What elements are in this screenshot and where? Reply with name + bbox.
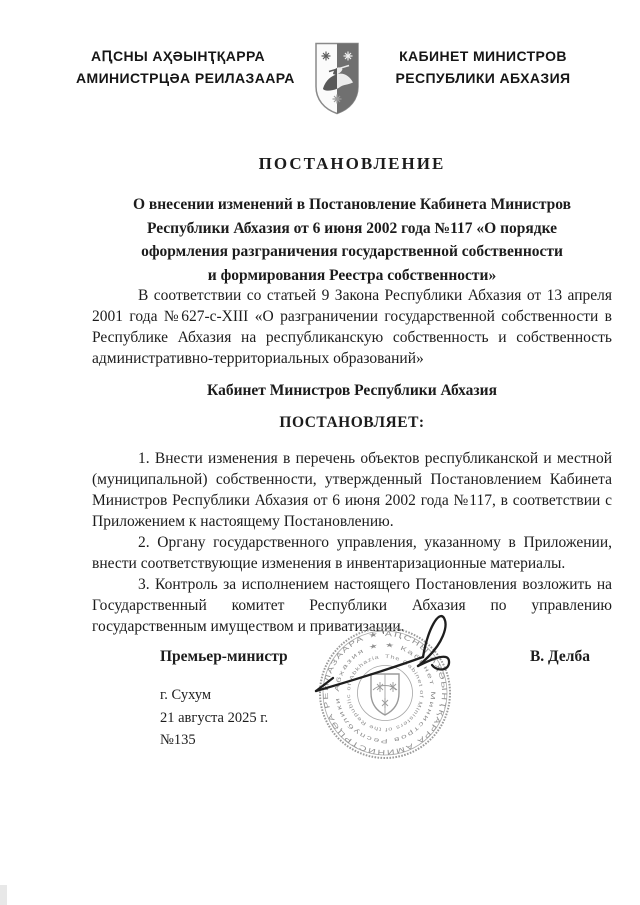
letterhead-russian: КАБИНЕТ МИНИСТРОВ РЕСПУБЛИКИ АБХАЗИЯ — [388, 45, 578, 89]
resolve-keyword: ПОСТАНОВЛЯЕТ: — [92, 412, 612, 433]
subject-line: О внесении изменений в Постановление Каб… — [92, 193, 612, 217]
subject-line: Республики Абхазия от 6 июня 2002 года №… — [92, 217, 612, 241]
document-body: ПОСТАНОВЛЕНИЕ О внесении изменений в Пос… — [92, 153, 612, 637]
preamble-paragraph: В соответствии со статьей 9 Закона Респу… — [92, 285, 612, 369]
letterhead-russian-line1: КАБИНЕТ МИНИСТРОВ — [388, 45, 578, 67]
letterhead-russian-line2: РЕСПУБЛИКИ АБХАЗИЯ — [388, 67, 578, 89]
subject-line: оформления разграничения государственной… — [92, 240, 612, 264]
scan-artifact — [0, 885, 7, 905]
resolving-org: Кабинет Министров Республики Абхазия — [92, 380, 612, 401]
document-subject: О внесении изменений в Постановление Каб… — [92, 193, 612, 287]
official-seal-stamp-icon: АԤСНЫ АҲӘЫНҬҚАРРА АМИНИСТРЦӘА РЕИЛАЗААРА… — [303, 608, 467, 776]
coat-of-arms-icon — [312, 40, 362, 116]
clause-1: 1. Внести изменения в перечень объектов … — [92, 448, 612, 532]
subject-line: и формирования Реестра собственности» — [92, 264, 612, 288]
letterhead-native-line1: АԤСНЫ АҲӘЫНҬҚАРРА — [76, 45, 280, 67]
signature-name: В. Делба — [530, 647, 590, 667]
place-label: г. Сухум — [160, 684, 268, 707]
number-label: №135 — [160, 729, 268, 752]
clause-2: 2. Органу государственного управления, у… — [92, 532, 612, 574]
signature-meta: г. Сухум 21 августа 2025 г. №135 — [160, 684, 268, 752]
seal-center-shield — [371, 674, 399, 715]
date-label: 21 августа 2025 г. — [160, 707, 268, 730]
signature-position: Премьер-министр — [160, 647, 288, 667]
letterhead-native: АԤСНЫ АҲӘЫНҬҚАРРА АМИНИСТРЦӘА РЕИЛАЗААРА — [76, 45, 280, 89]
decree-document-page: АԤСНЫ АҲӘЫНҬҚАРРА АМИНИСТРЦӘА РЕИЛАЗААРА — [0, 0, 640, 905]
letterhead-native-line2: АМИНИСТРЦӘА РЕИЛАЗААРА — [76, 67, 280, 89]
document-title: ПОСТАНОВЛЕНИЕ — [92, 153, 612, 175]
